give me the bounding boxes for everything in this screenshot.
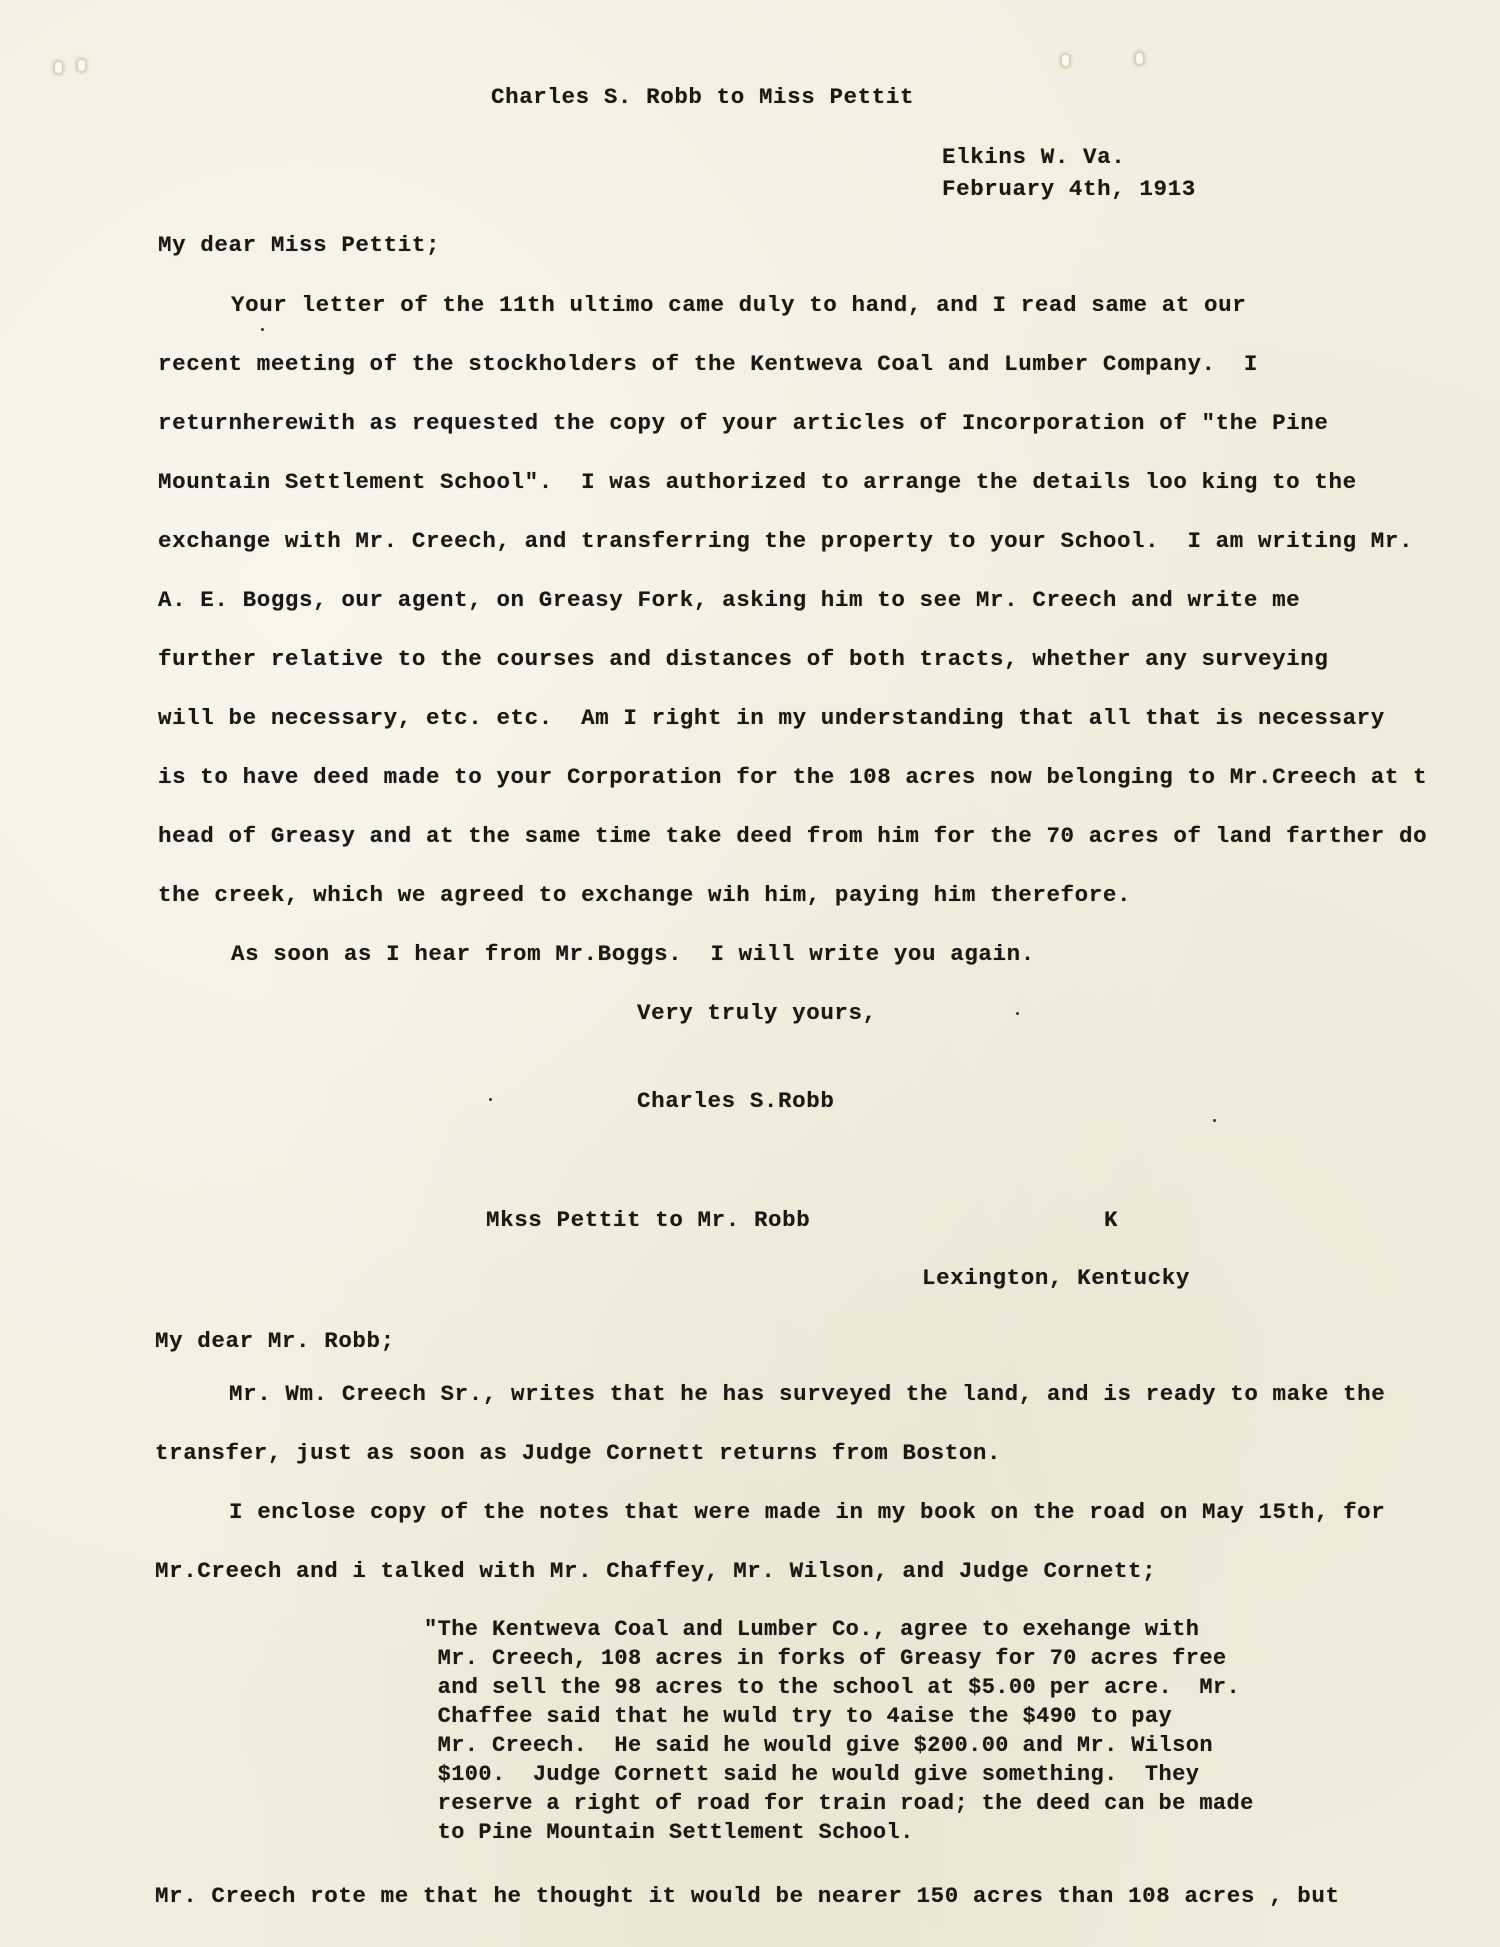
body-line: recent meeting of the stockholders of th… [158,353,1258,376]
body-line: As soon as I hear from Mr.Boggs. I will … [231,943,1035,966]
body-line: I enclose copy of the notes that were ma… [229,1501,1385,1524]
ink-speck [489,1098,492,1101]
quote-line: and sell the 98 acres to the school at $… [424,1677,1240,1699]
quote-line: to Pine Mountain Settlement School. [424,1822,914,1844]
body-line: the creek, which we agreed to exchange w… [158,884,1131,907]
body-line: will be necessary, etc. etc. Am I right … [158,707,1385,730]
quote-line: Mr. Creech, 108 acres in forks of Greasy… [424,1648,1227,1670]
quote-line: Chaffee said that he wuld try to 4aise t… [424,1706,1172,1728]
body-line: Mr.Creech and i talked with Mr. Chaffey,… [155,1560,1156,1583]
punch-hole-mark [78,60,85,71]
quote-line: Mr. Creech. He said he would give $200.0… [424,1735,1213,1757]
quote-line: $100. Judge Cornett said he would give s… [424,1764,1199,1786]
quote-line: reserve a right of road for train road; … [424,1793,1254,1815]
punch-hole-mark [55,62,62,73]
letter-heading: Mkss Pettit to Mr. Robb [486,1209,810,1232]
quote-line: "The Kentweva Coal and Lumber Co., agree… [424,1619,1199,1641]
punch-hole-mark [1136,53,1143,64]
body-line: transfer, just as soon as Judge Cornett … [155,1442,1001,1465]
marginal-mark: K [1104,1209,1118,1232]
typed-letter-page: Charles S. Robb to Miss Pettit Elkins W.… [0,0,1500,1947]
body-line: returnherewith as requested the copy of … [158,412,1328,435]
body-line: further relative to the courses and dist… [158,648,1328,671]
letter-heading: Charles S. Robb to Miss Pettit [491,86,914,109]
ink-speck [1016,1012,1019,1015]
salutation: My dear Miss Pettit; [158,234,440,257]
body-line: Mr. Creech rote me that he thought it wo… [155,1885,1340,1908]
ink-speck [1213,1119,1216,1122]
body-line: Mr. Wm. Creech Sr., writes that he has s… [229,1383,1385,1406]
body-line: Mountain Settlement School". I was autho… [158,471,1357,494]
letter-date: February 4th, 1913 [942,178,1196,201]
body-line: is to have deed made to your Corporation… [158,766,1427,789]
punch-hole-mark [1062,55,1069,66]
letter-place: Lexington, Kentucky [922,1267,1190,1290]
body-line: head of Greasy and at the same time take… [158,825,1427,848]
body-line: exchange with Mr. Creech, and transferri… [158,530,1413,553]
ink-speck [261,328,264,331]
body-line: Your letter of the 11th ultimo came duly… [231,294,1246,317]
letter-place: Elkins W. Va. [942,146,1125,169]
body-line: A. E. Boggs, our agent, on Greasy Fork, … [158,589,1300,612]
salutation: My dear Mr. Robb; [155,1330,395,1353]
signature: Charles S.Robb [637,1090,834,1113]
closing: Very truly yours, [637,1002,877,1025]
